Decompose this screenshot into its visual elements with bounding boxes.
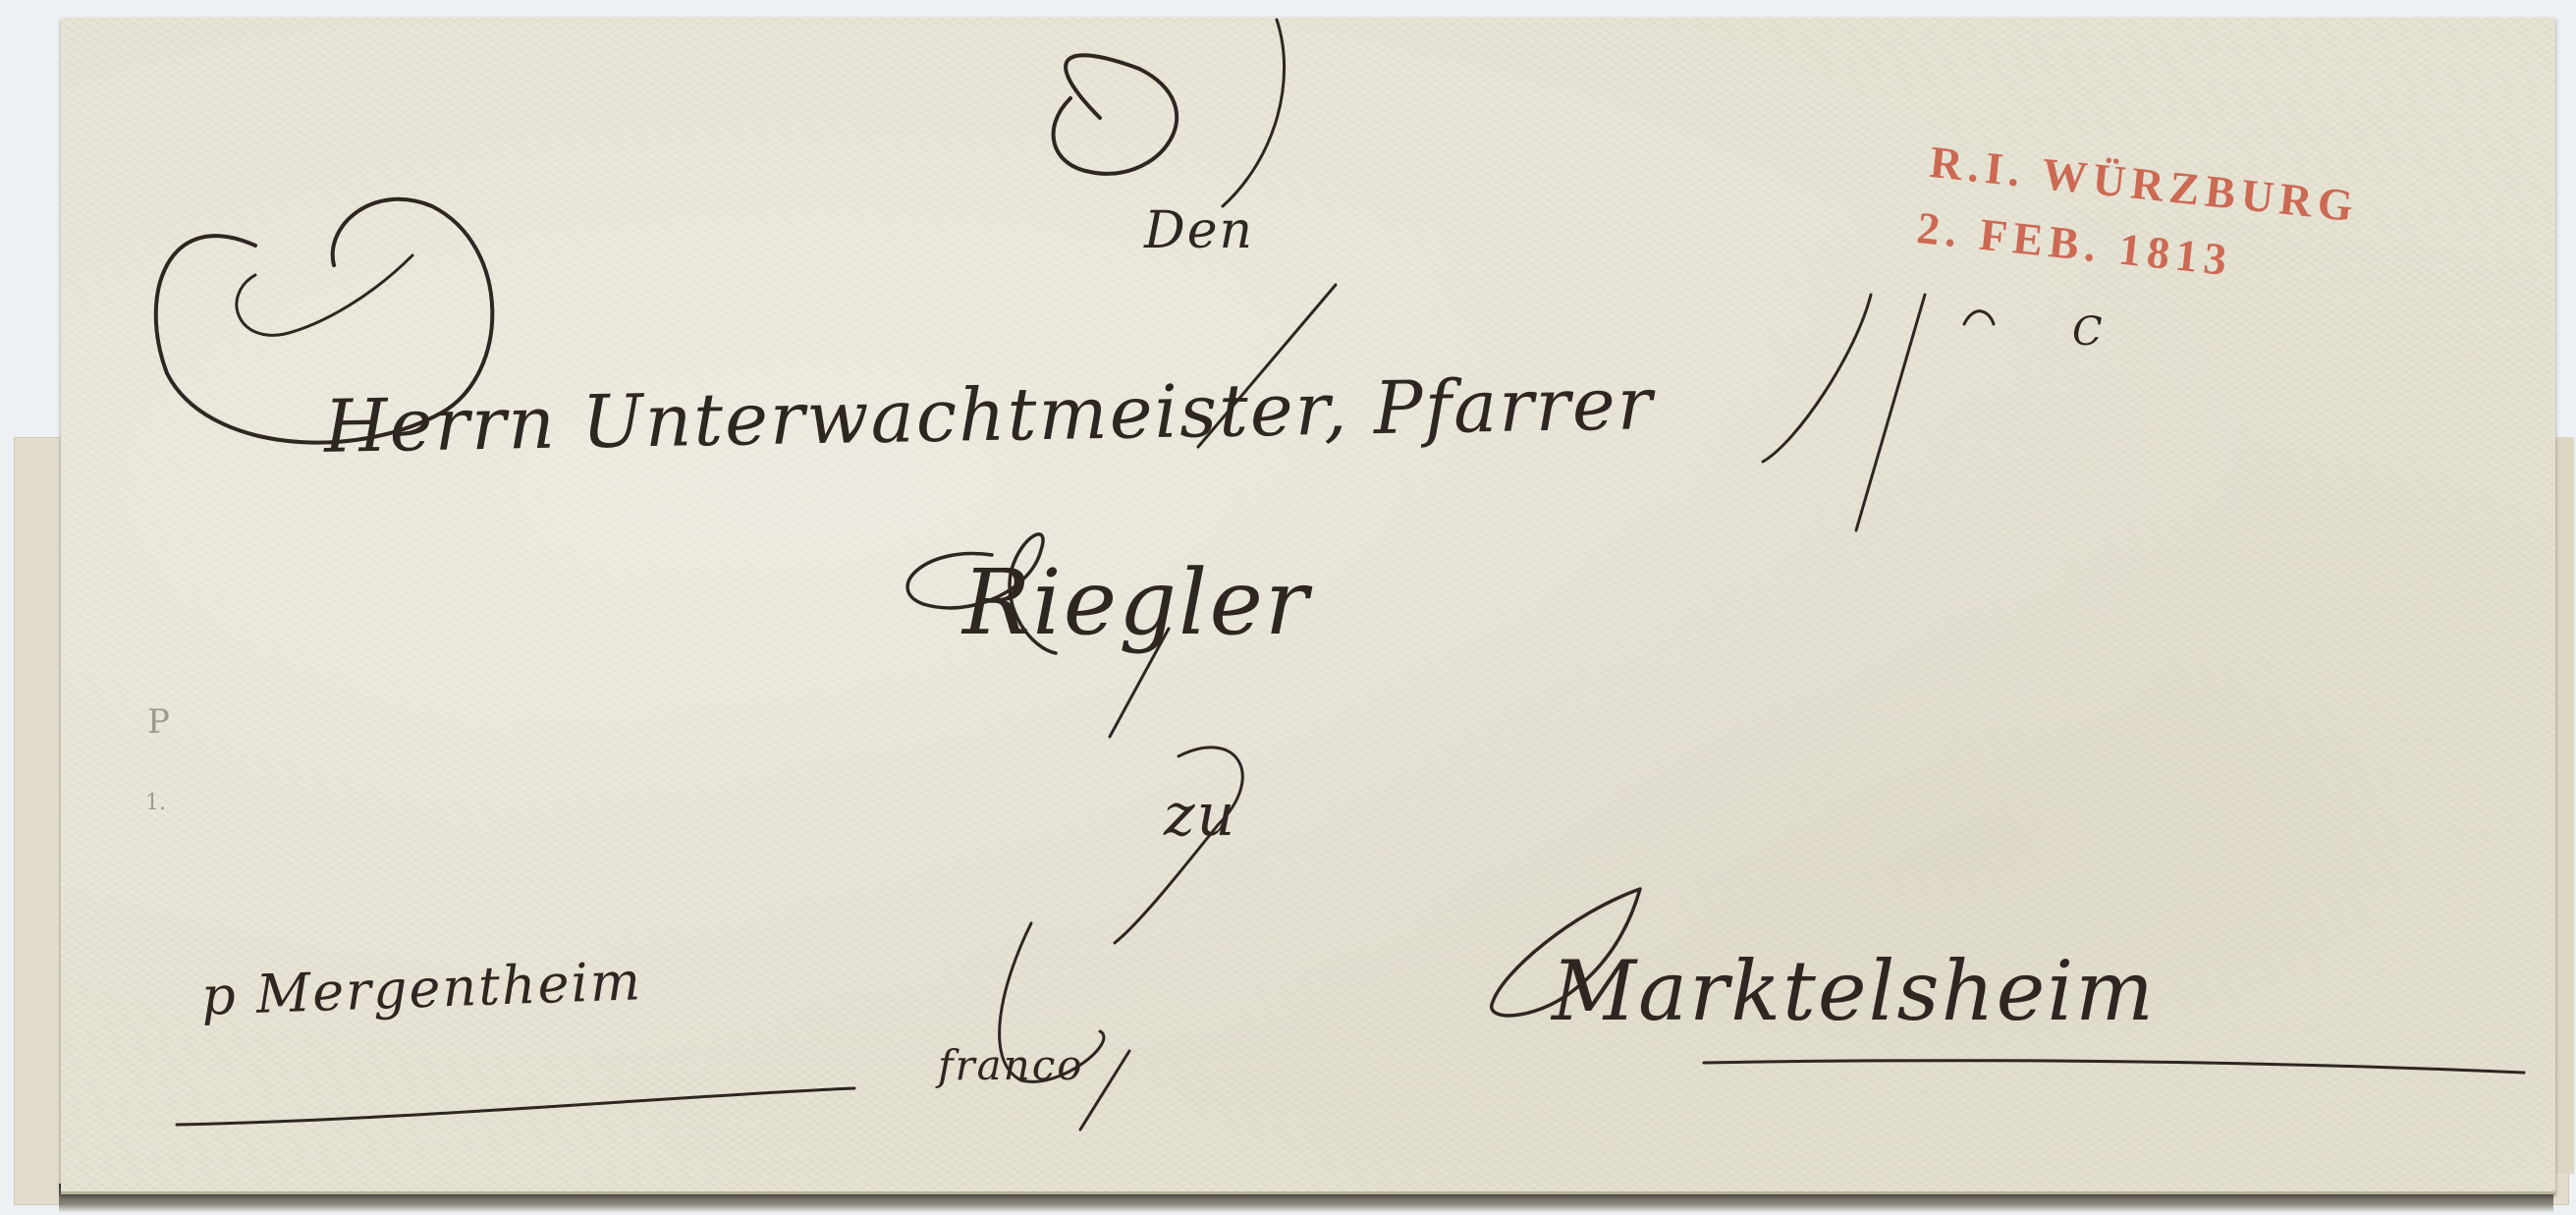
- faint-left-mark: P: [147, 702, 170, 742]
- corner-mark: C: [2072, 309, 2105, 355]
- franco-note: franco: [938, 1041, 1084, 1089]
- den-capital-flourish: [1054, 55, 1178, 174]
- address-line-den: Den: [1144, 201, 1254, 260]
- faint-left-mark-2: 1.: [145, 791, 166, 815]
- address-line-zu: zu: [1164, 781, 1236, 850]
- address-line-name: Riegler: [962, 550, 1310, 655]
- marktelsheim-underline: [1704, 1061, 2524, 1073]
- routing-underline: [177, 1088, 854, 1125]
- address-line-place: Marktelsheim: [1552, 943, 2156, 1039]
